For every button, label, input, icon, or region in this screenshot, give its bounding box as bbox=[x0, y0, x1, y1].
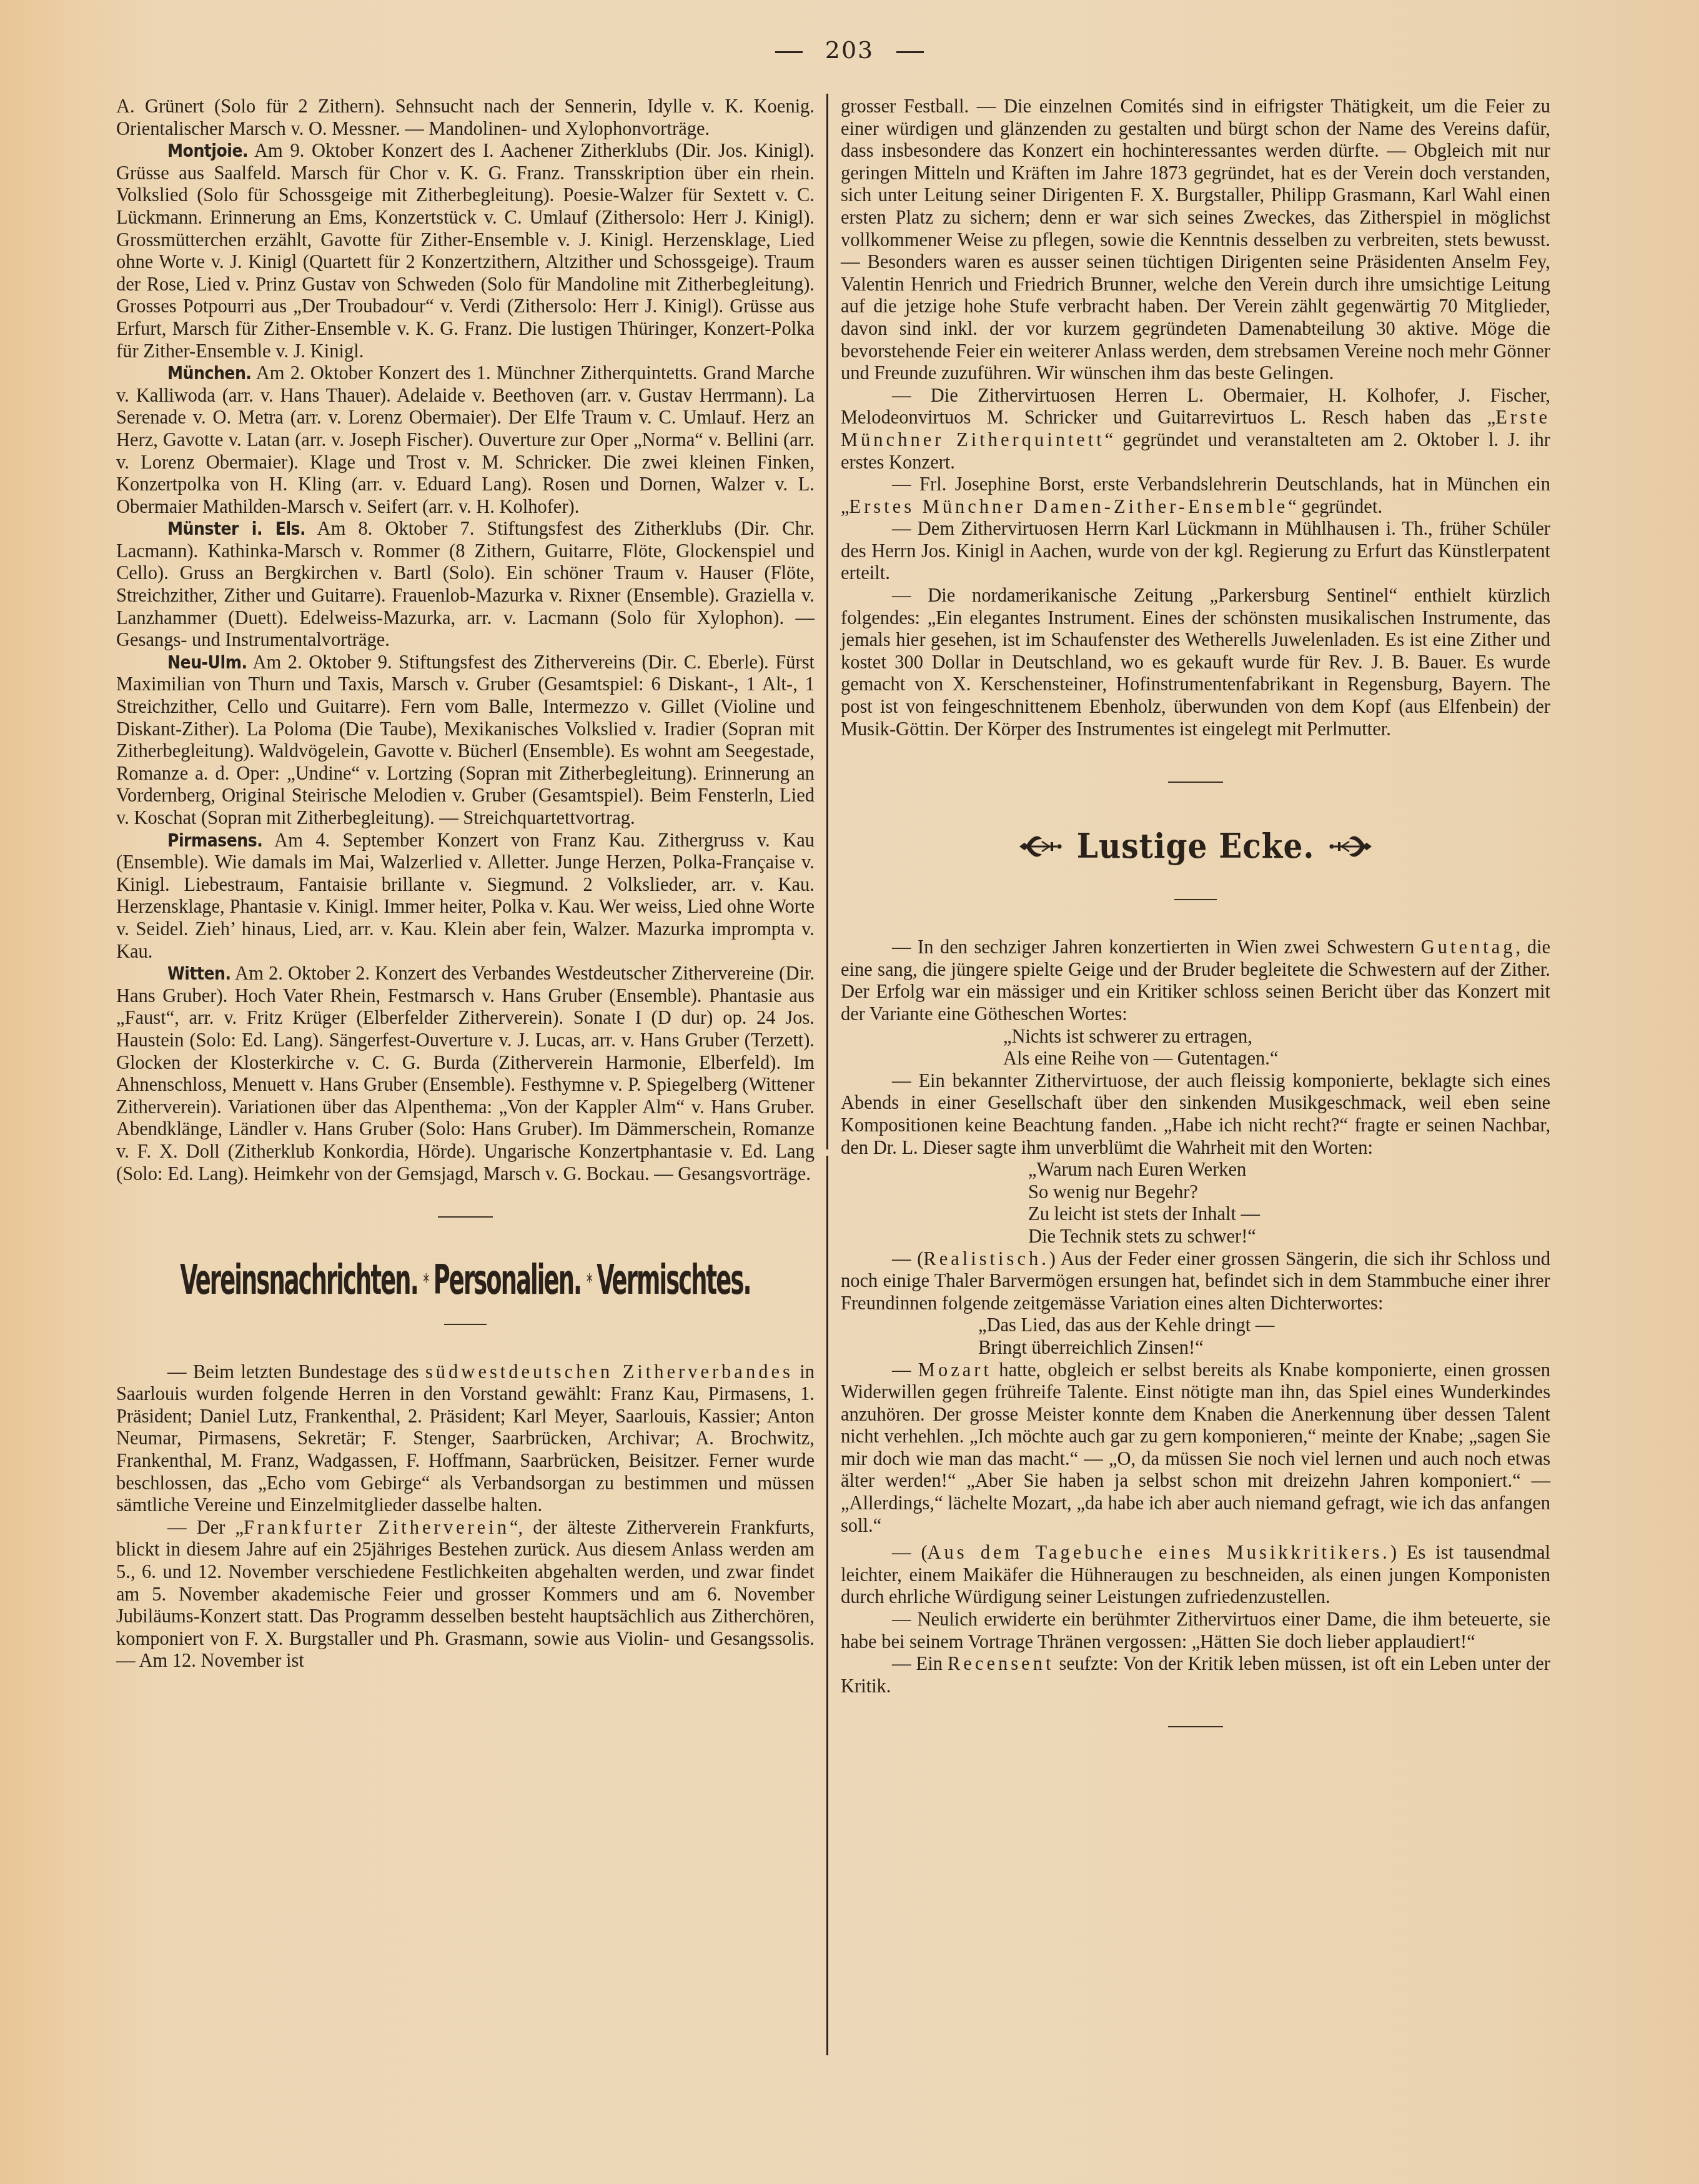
news-lead: — Der „ bbox=[167, 1517, 244, 1538]
dash-left bbox=[775, 51, 803, 53]
anecdote-text: hatte, obgleich er selbst bereits als Kn… bbox=[841, 1359, 1550, 1536]
anecdote-spaced: Mozart bbox=[918, 1359, 992, 1381]
news-item-damen-ensemble: — Frl. Josephine Borst, erste Verbandsle… bbox=[841, 474, 1550, 518]
section-heading: Vereinsnachrichten.*Personalien.*Vermisc… bbox=[132, 1269, 798, 1294]
news-item-quintett: — Die Zithervirtuosen Herren L. Obermaie… bbox=[841, 385, 1550, 474]
right-column: grosser Festball. — Die einzelnen Comité… bbox=[841, 96, 1550, 1727]
verse-line: „Nichts ist schwerer zu ertragen, bbox=[1003, 1026, 1550, 1048]
anecdote-neulich: — Neulich erwiderte ein berühmter Zither… bbox=[841, 1609, 1550, 1653]
place-name: Montjoie. bbox=[167, 141, 248, 161]
entry-text: Am 2. Oktober 9. Stiftungsfest des Zithe… bbox=[116, 652, 815, 828]
humor-title-text: Lustige Ecke. bbox=[1077, 835, 1315, 858]
news-item-frankfurt: — Der „Frankfurter Zitherverein“, der äl… bbox=[116, 1517, 815, 1672]
verse-gutentag: „Nichts ist schwerer zu ertragen, Als ei… bbox=[841, 1026, 1550, 1070]
news-text: in Saarlouis wurden folgende Herren in d… bbox=[116, 1361, 815, 1516]
place-name: Neu-Ulm. bbox=[167, 652, 247, 673]
anecdote-spaced: Gutentag bbox=[1421, 936, 1516, 958]
column-divider-lower bbox=[826, 1156, 828, 2055]
heading-vermischtes: Vermischtes. bbox=[597, 1256, 750, 1304]
news-spaced-name: südwestdeutschen Zitherverbandes bbox=[425, 1361, 793, 1382]
entry-text: Am 2. Oktober Konzert des 1. Münchner Zi… bbox=[116, 362, 815, 517]
anecdote-zithervirtuose: — Ein bekannter Zithervirtuose, der auch… bbox=[841, 1070, 1550, 1159]
anecdote-lead: — bbox=[892, 1359, 918, 1381]
section-rule-top bbox=[438, 1216, 493, 1218]
column-divider-upper bbox=[826, 94, 828, 1149]
left-column: A. Grünert (Solo für 2 Zithern). Sehnsuc… bbox=[116, 96, 815, 1672]
news-continued: grosser Festball. — Die einzelnen Comité… bbox=[841, 96, 1550, 385]
humor-rule-top bbox=[1168, 782, 1223, 783]
news-item-lueckmann: — Dem Zithervirtuosen Herrn Karl Lückman… bbox=[841, 518, 1550, 585]
verse-line: Als eine Reihe von — Gutentagen.“ bbox=[1003, 1048, 1550, 1070]
verse-line: So wenig nur Begehr? bbox=[1028, 1181, 1550, 1204]
entry-neu-ulm: Neu-Ulm. Am 2. Oktober 9. Stiftungsfest … bbox=[116, 652, 815, 830]
place-name: Witten. bbox=[167, 963, 231, 984]
anecdote-lead: — Ein bbox=[892, 1653, 948, 1674]
entry-montjoie: Montjoie. Am 9. Oktober Konzert des I. A… bbox=[116, 140, 815, 362]
anecdote-spaced: Realistisch. bbox=[923, 1248, 1049, 1269]
news-lead: — Die Zithervirtuosen Herren L. Obermaie… bbox=[841, 385, 1550, 429]
verse-line: Bringt überreichlich Zinsen!“ bbox=[978, 1337, 1550, 1359]
asterisk-separator: * bbox=[587, 1269, 592, 1294]
news-lead: — Beim letzten Bundestage des bbox=[167, 1361, 425, 1382]
anecdote-spaced: Recensent bbox=[948, 1653, 1054, 1674]
concert-program-continued: A. Grünert (Solo für 2 Zithern). Sehnsuc… bbox=[116, 96, 815, 140]
asterisk-separator: * bbox=[423, 1269, 428, 1294]
place-name: München. bbox=[167, 363, 251, 384]
verse-line: „Das Lied, das aus der Kehle dringt — bbox=[978, 1314, 1550, 1337]
humor-section-title: Lustige Ecke. bbox=[841, 830, 1550, 863]
anecdote-lead: — ( bbox=[892, 1248, 923, 1269]
entry-muenchen: München. Am 2. Oktober Konzert des 1. Mü… bbox=[116, 362, 815, 518]
anecdote-lead: — In den sechziger Jahren konzertierten … bbox=[892, 936, 1421, 958]
news-spaced-name: Frankfurter Zitherverein bbox=[244, 1517, 510, 1538]
verse-line: Die Technik stets zu schwer!“ bbox=[1028, 1226, 1550, 1248]
anecdote-tagebuch: — (Aus dem Tagebuche eines Musikkritiker… bbox=[841, 1542, 1550, 1609]
entry-pirmasens: Pirmasens. Am 4. September Konzert von F… bbox=[116, 830, 815, 963]
section-rule-bottom bbox=[444, 1324, 487, 1325]
news-text: “, der älteste Zitherverein Frankfurts, … bbox=[116, 1517, 815, 1672]
ornament-right-icon bbox=[1328, 830, 1374, 863]
news-item-suedwestdeutsch: — Beim letzten Bundestage des südwestdeu… bbox=[116, 1361, 815, 1517]
entry-text: Am 2. Oktober 2. Konzert des Verbandes W… bbox=[116, 963, 815, 1184]
anecdote-realistisch: — (Realistisch.) Aus der Feder einer gro… bbox=[841, 1248, 1550, 1315]
verse-line: „Warum nach Euren Werken bbox=[1028, 1159, 1550, 1181]
entry-muenster: Münster i. Els. Am 8. Oktober 7. Stiftun… bbox=[116, 518, 815, 652]
page-number: 203 bbox=[0, 36, 1699, 64]
heading-personalien: Personalien. bbox=[433, 1256, 581, 1304]
verse-lied: „Das Lied, das aus der Kehle dringt — Br… bbox=[841, 1314, 1550, 1359]
entry-witten: Witten. Am 2. Oktober 2. Konzert des Ver… bbox=[116, 963, 815, 1185]
humor-rule-bottom bbox=[1174, 899, 1217, 900]
place-name: Pirmasens. bbox=[167, 830, 262, 851]
verse-line: Zu leicht ist stets der Inhalt — bbox=[1028, 1203, 1550, 1226]
place-name: Münster i. Els. bbox=[167, 519, 305, 539]
dash-right bbox=[896, 51, 924, 53]
end-rule bbox=[1168, 1726, 1223, 1727]
news-spaced-name: Erstes Münchner Damen-Zither-Ensemble bbox=[849, 496, 1289, 517]
anecdote-lead: — ( bbox=[892, 1542, 928, 1563]
news-item-parkersburg: — Die nordamerikanische Zeitung „Parkers… bbox=[841, 585, 1550, 740]
verse-werken: „Warum nach Euren Werken So wenig nur Be… bbox=[841, 1159, 1550, 1248]
news-text: “ gegründet. bbox=[1288, 496, 1382, 517]
entry-text: Am 9. Oktober Konzert des I. Aachener Zi… bbox=[116, 140, 815, 361]
heading-vereinsnachrichten: Vereinsnachrichten. bbox=[180, 1256, 417, 1304]
page-number-text: 203 bbox=[825, 36, 874, 64]
anecdote-gutentag: — In den sechziger Jahren konzertierten … bbox=[841, 936, 1550, 1025]
anecdote-spaced: Aus dem Tagebuche eines Musikkritikers. bbox=[928, 1542, 1390, 1563]
anecdote-mozart: — Mozart hatte, obgleich er selbst berei… bbox=[841, 1359, 1550, 1537]
ornament-left-icon bbox=[1017, 830, 1063, 863]
anecdote-recensent: — Ein Recensent seufzte: Von der Kritik … bbox=[841, 1653, 1550, 1697]
